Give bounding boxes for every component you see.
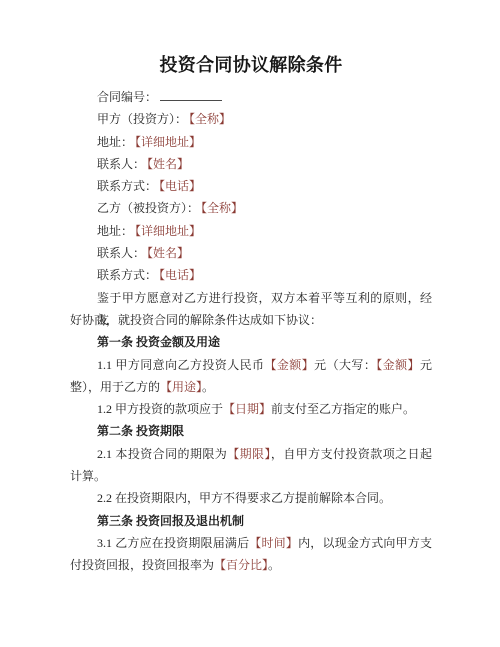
clause-1-2-line: 1.2 甲方投资的款项应于【日期】前支付至乙方指定的账户。 [70,398,432,420]
party-b-contact-label: 联系人： [97,246,145,260]
clause-1-1-text: 1.1 甲方同意向乙方投资人民币 [97,358,264,372]
party-b-name-placeholder: 【全称】 [201,201,243,215]
contract-number-row: 合同编号： [70,86,432,108]
term-placeholder: 【期限】 [227,447,271,461]
percentage-placeholder: 【百分比】 [214,558,268,572]
party-b-phone-placeholder: 【电话】 [159,268,201,282]
party-b-label: 乙方（被投资方）： [97,201,199,215]
clause-3-1-text: 内，以现金方式向甲方支 [298,536,432,550]
section-3-heading: 第三条 投资回报及退出机制 [70,510,432,532]
party-a-label: 甲方（投资方）： [97,112,187,126]
contract-document-page: 投资合同协议解除条件 合同编号： 甲方（投资方）：【全称】 地址：【详细地址】 … [0,0,500,647]
clause-3-1-text: 3.1 乙方应在投资期限届满后 [97,536,249,550]
contract-number-label: 合同编号： [97,90,157,104]
party-b-address-placeholder: 【详细地址】 [135,224,201,238]
party-a-address-label: 地址： [97,135,133,149]
party-a-phone-row: 联系方式：【电话】 [70,175,432,197]
party-a-contact-row: 联系人：【姓名】 [70,153,432,175]
document-title: 投资合同协议解除条件 [70,52,432,78]
date-placeholder: 【日期】 [223,402,271,416]
preamble-line-1: 鉴于甲方愿意对乙方进行投资，双方本着平等互利的原则，经友 [70,287,432,309]
clause-1-1-text: 元（大写： [314,358,376,372]
clause-1-1-line-2: 整），用于乙方的【用途】。 [70,376,432,398]
party-b-address-row: 地址：【详细地址】 [70,220,432,242]
clause-1-2-text: 前支付至乙方指定的账户。 [271,402,415,416]
clause-3-1-line-1: 3.1 乙方应在投资期限届满后【时间】内，以现金方式向甲方支 [70,532,432,554]
party-a-phone-label: 联系方式： [97,179,157,193]
party-a-address-row: 地址：【详细地址】 [70,131,432,153]
clause-2-1-line-2: 计算。 [70,465,432,487]
clause-2-1-line-1: 2.1 本投资合同的期限为【期限】，自甲方支付投资款项之日起 [70,443,432,465]
clause-3-1-text: 。 [268,558,280,572]
amount-placeholder: 【金额】 [264,358,314,372]
clause-3-1-text: 付投资回报，投资回报率为 [70,558,214,572]
clause-2-1-text: 2.1 本投资合同的期限为 [97,447,227,461]
party-b-phone-row: 联系方式：【电话】 [70,264,432,286]
clause-1-1-line-1: 1.1 甲方同意向乙方投资人民币【金额】元（大写：【金额】元 [70,354,432,376]
amount-words-placeholder: 【金额】 [376,358,420,372]
clause-2-1-text: ，自甲方支付投资款项之日起 [271,447,432,461]
party-a-phone-placeholder: 【电话】 [159,179,201,193]
clause-1-1-text: 整），用于乙方的 [70,380,160,394]
clause-1-1-text: 。 [202,380,214,394]
party-b-contact-row: 联系人：【姓名】 [70,242,432,264]
party-b-name-row: 乙方（被投资方）：【全称】 [70,197,432,219]
preamble-line-2: 好协商，就投资合同的解除条件达成如下协议： [70,309,432,331]
party-a-name-placeholder: 【全称】 [189,112,231,126]
clause-1-2-text: 1.2 甲方投资的款项应于 [97,402,223,416]
clause-2-2-line: 2.2 在投资期限内，甲方不得要求乙方提前解除本合同。 [70,487,432,509]
time-placeholder: 【时间】 [249,536,298,550]
section-2-heading: 第二条 投资期限 [70,420,432,442]
party-a-contact-placeholder: 【姓名】 [147,157,189,171]
clause-3-1-line-2: 付投资回报，投资回报率为【百分比】。 [70,554,432,576]
purpose-placeholder: 【用途】 [160,380,202,394]
party-a-address-placeholder: 【详细地址】 [135,135,201,149]
section-1-heading: 第一条 投资金额及用途 [70,331,432,353]
party-b-contact-placeholder: 【姓名】 [147,246,189,260]
contract-number-blank-line [160,88,222,101]
party-a-name-row: 甲方（投资方）：【全称】 [70,108,432,130]
party-a-contact-label: 联系人： [97,157,145,171]
party-b-phone-label: 联系方式： [97,268,157,282]
party-b-address-label: 地址： [97,224,133,238]
clause-1-1-text: 元 [420,358,432,372]
